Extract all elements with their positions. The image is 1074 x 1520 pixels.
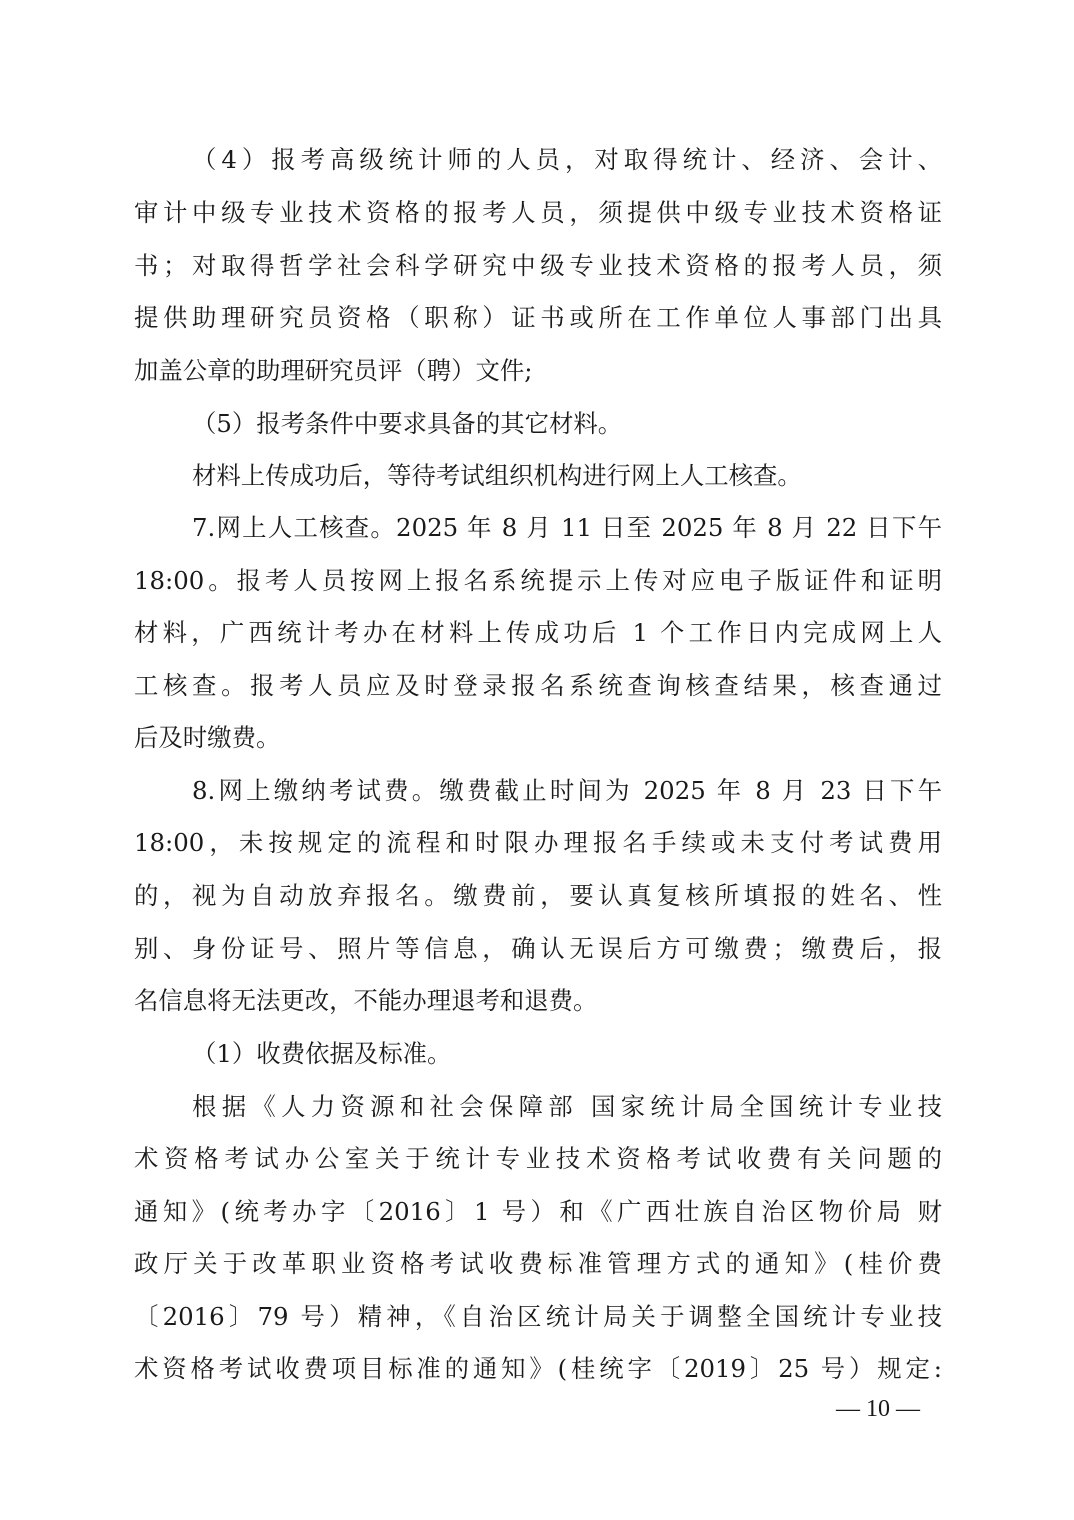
text-line: 7.网上人工核查。2025 年 8 月 11 日至 2025 年 8 月 22 … — [192, 508, 942, 548]
text-line: 书；对取得哲学社会科学研究中级专业技术资格的报考人员，须 — [134, 246, 942, 286]
text-line: 根据《人力资源和社会保障部 国家统计局全国统计专业技 — [192, 1087, 942, 1127]
text-line: 术资格考试办公室关于统计专业技术资格考试收费有关问题的 — [134, 1139, 942, 1179]
text-line: （1）收费依据及标准。 — [192, 1034, 942, 1074]
page-number: — 10 — — [836, 1392, 920, 1426]
text-line: （4）报考高级统计师的人员，对取得统计、经济、会计、 — [192, 140, 942, 180]
text-line: 通知》(统考办字〔2016〕1 号）和《广西壮族自治区物价局 财 — [134, 1192, 942, 1232]
text-line: 材料上传成功后，等待考试组织机构进行网上人工核查。 — [192, 456, 942, 496]
text-line: 18:00。报考人员按网上报名系统提示上传对应电子版证件和证明 — [134, 561, 942, 601]
text-line: 政厅关于改革职业资格考试收费标准管理方式的通知》(桂价费 — [134, 1244, 942, 1284]
text-line: 术资格考试收费项目标准的通知》(桂统字〔2019〕25 号）规定: — [134, 1349, 942, 1389]
text-line: 工核查。报考人员应及时登录报名系统查询核查结果，核查通过 — [134, 666, 942, 706]
text-line: 材料，广西统计考办在材料上传成功后 1 个工作日内完成网上人 — [134, 613, 942, 653]
text-line: 审计中级专业技术资格的报考人员，须提供中级专业技术资格证 — [134, 193, 942, 233]
text-line: 别、身份证号、照片等信息，确认无误后方可缴费；缴费后，报 — [134, 929, 942, 969]
text-line: 的，视为自动放弃报名。缴费前，要认真复核所填报的姓名、性 — [134, 876, 942, 916]
text-line: 提供助理研究员资格（职称）证书或所在工作单位人事部门出具 — [134, 298, 942, 338]
text-line: 18:00，未按规定的流程和时限办理报名手续或未支付考试费用 — [134, 823, 942, 863]
text-line: 后及时缴费。 — [134, 718, 942, 758]
text-line: 名信息将无法更改，不能办理退考和退费。 — [134, 981, 942, 1021]
text-line: （5）报考条件中要求具备的其它材料。 — [192, 404, 942, 444]
text-line: 8.网上缴纳考试费。缴费截止时间为 2025 年 8 月 23 日下午 — [192, 771, 942, 811]
text-line: 加盖公章的助理研究员评（聘）文件; — [134, 351, 942, 391]
text-line: 〔2016〕79 号）精神，《自治区统计局关于调整全国统计专业技 — [134, 1297, 942, 1337]
document-page: （4）报考高级统计师的人员，对取得统计、经济、会计、审计中级专业技术资格的报考人… — [0, 0, 1074, 1520]
